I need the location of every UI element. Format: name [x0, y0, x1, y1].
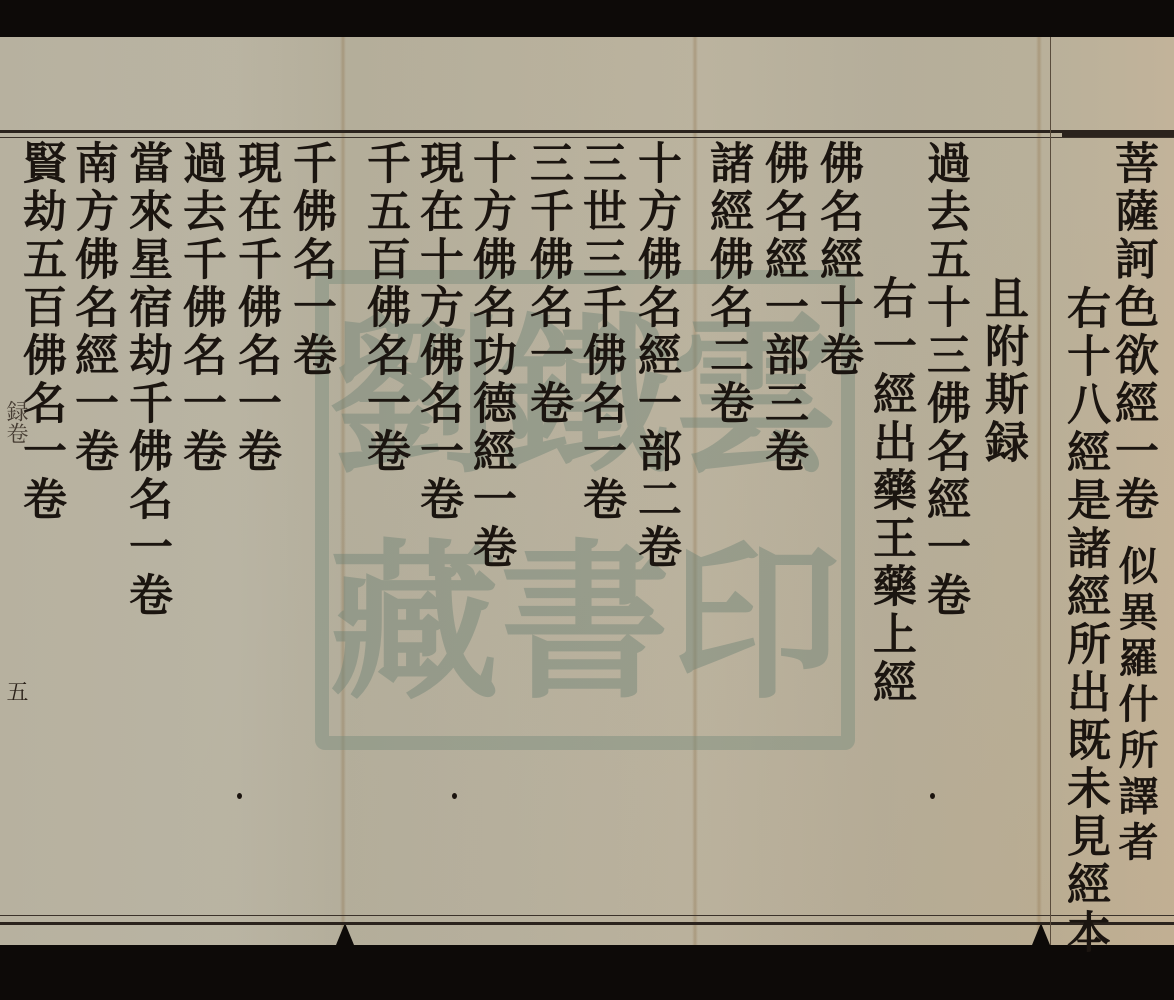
- top-border-rule-thin: [0, 137, 1174, 138]
- text-column: 三千佛名一卷: [525, 140, 569, 428]
- right-page-border-rule: [1062, 133, 1174, 137]
- text-column: 三世三千佛名一卷: [578, 140, 622, 524]
- page-notch: [1032, 923, 1050, 945]
- punctuation-dot: [452, 793, 457, 799]
- text-column: 佛名經一部三卷: [760, 140, 804, 476]
- folio-number: 五: [0, 680, 31, 702]
- bottom-border-rule: [0, 922, 1174, 925]
- annotation-column: 似異羅什所譯者: [1115, 545, 1155, 867]
- text-column: 右一經出藥王藥上經: [868, 275, 912, 707]
- text-column: 菩薩訶色欲經一卷: [1110, 140, 1154, 524]
- text-column: 右十八經是諸經所出既未見經本: [1062, 285, 1106, 957]
- page-gutter-line: [1050, 37, 1051, 945]
- text-column: 賢劫五百佛名一卷: [18, 140, 62, 524]
- text-column: 十方佛名功德經一卷: [468, 140, 512, 572]
- text-column: 過去五十三佛名經一卷: [922, 140, 966, 620]
- punctuation-dot: [237, 793, 242, 799]
- text-column: 諸經佛名二卷: [705, 140, 749, 428]
- text-column: 當來星宿劫千佛名一卷: [124, 140, 168, 620]
- text-column: 千五百佛名一卷: [362, 140, 406, 476]
- text-column: 現在千佛名一卷: [233, 140, 277, 476]
- page-notch: [336, 923, 354, 945]
- margin-edge-text: 録卷: [0, 400, 31, 444]
- seal-glyph: 印: [670, 538, 841, 708]
- text-column: 千佛名一卷: [288, 140, 332, 380]
- bottom-border-rule-thin: [0, 915, 1174, 916]
- text-column: 南方佛名經一卷: [70, 140, 114, 476]
- text-column: 現在十方佛名一卷: [415, 140, 459, 524]
- text-column: 過去千佛名一卷: [178, 140, 222, 476]
- page-fold: [1036, 37, 1042, 945]
- text-column: 且附斯録: [980, 275, 1024, 467]
- text-column: 佛名經十卷: [815, 140, 859, 380]
- punctuation-dot: [930, 793, 935, 799]
- text-column: 十方佛名經一部二卷: [633, 140, 677, 572]
- top-border-rule: [0, 130, 1174, 133]
